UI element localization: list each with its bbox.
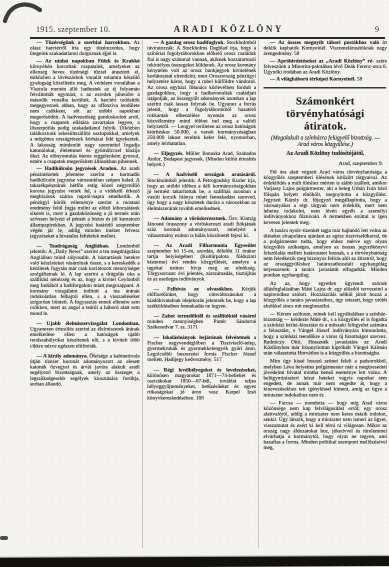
page-number: 9: [375, 25, 385, 34]
news-item: — Tüzérségünk a szerbiai harcokban. Az o…: [30, 40, 140, 57]
article-byline: Az Aradi Közlöny tudósítójától.: [264, 151, 387, 157]
news-item: — Eljegyzés. Müller Ilonuska Arad, Szaba…: [147, 151, 256, 168]
lead-article: Számonkért törvényhatósági átiratok. (Me…: [264, 95, 387, 451]
article-dateline: Arad, szeptember 9.: [264, 161, 383, 167]
news-item: — Adomány a vöröskeresztnek. Özv. Kintzi…: [147, 216, 256, 238]
masthead: 1915. szeptember 10. ARADI KÖZLÖNY 9: [30, 17, 385, 39]
article-paragraph: Fél óra alatt végzett Arad város törvény…: [264, 169, 387, 225]
left-edge-mark: [0, 536, 8, 540]
news-item: — A gazdag orosz hadifoglyok. Stockholmb…: [147, 40, 256, 146]
news-item: — A hadviselő országok aratásáról. Stock…: [147, 172, 256, 211]
article-paragraph: Az az, hogy egyetlen ügyrendi szónok áll…: [264, 281, 387, 309]
article-paragraph: Mire úgy kissé hosszú szünet felelt a pa…: [264, 359, 387, 398]
news-item: — Ujabb élelmiszervizsgálat Londonban. U…: [30, 321, 140, 349]
news-item: — Az utolsó napokban Fülek és Krakkó kör…: [30, 58, 140, 164]
news-item: — Teadrágaság Angliában. Londonból jelen…: [30, 244, 140, 317]
section-divider: [264, 87, 386, 89]
handwritten-mark: [1, 0, 47, 30]
newspaper-title: ARADI KÖZLÖNY: [174, 24, 284, 34]
article-subtitle: (Megalakult a színházra felügyelő bizott…: [267, 135, 384, 148]
column-1: — Tüzérségünk a szerbiai harcokban. Az o…: [30, 40, 140, 548]
news-item: — Apróhirdetéseket az „Aradi Közlöny” ré…: [264, 58, 387, 75]
column-3: — Az összes megnyílt tábori postákhoz va…: [259, 40, 387, 548]
classified-item: — Zabot termelőktől és szállítóktól vásá…: [147, 313, 256, 330]
scan-edge-bar: [0, 556, 389, 567]
news-item: — Az összes megnyílt tábori postákhoz va…: [264, 40, 387, 57]
news-item: — A király adománya. Őfelsége a kabineti…: [30, 353, 140, 387]
classified-item: — Iskolásleányok bejárónak felvétetnek a…: [147, 335, 256, 363]
classified-item: — Régi levélbélyegeket és levelezéseket,…: [147, 367, 256, 401]
content-columns: — Tüzérségünk a szerbiai harcokban. Az o…: [30, 40, 387, 548]
article-paragraph: — Furcsa — mondotta — hogy míg Arad váro…: [264, 400, 387, 450]
article-paragraph: A tanács nyolc-tizenkét tagja már hajlan…: [264, 228, 387, 278]
news-item: — Felhívás az olvasókhoz. Kérjük előfize…: [147, 287, 256, 309]
news-item: — Az Aradi Filharmonia Egyesület szeptem…: [147, 243, 256, 282]
news-item: — Hadikölcsön jegyzések Aradon. Az aradi…: [30, 166, 140, 239]
article-paragraph: — Kérem szólnom, minek kell egyáltalában…: [264, 311, 387, 356]
news-item: — A világháború térképei Kornyeinél. 58: [264, 77, 387, 83]
article-headline: Számonkért törvényhatósági átiratok.: [264, 95, 387, 133]
column-2: — A gazdag orosz hadifoglyok. Stockholmb…: [142, 40, 256, 548]
newspaper-page: 1915. szeptember 10. ARADI KÖZLÖNY 9 — T…: [0, 0, 389, 567]
